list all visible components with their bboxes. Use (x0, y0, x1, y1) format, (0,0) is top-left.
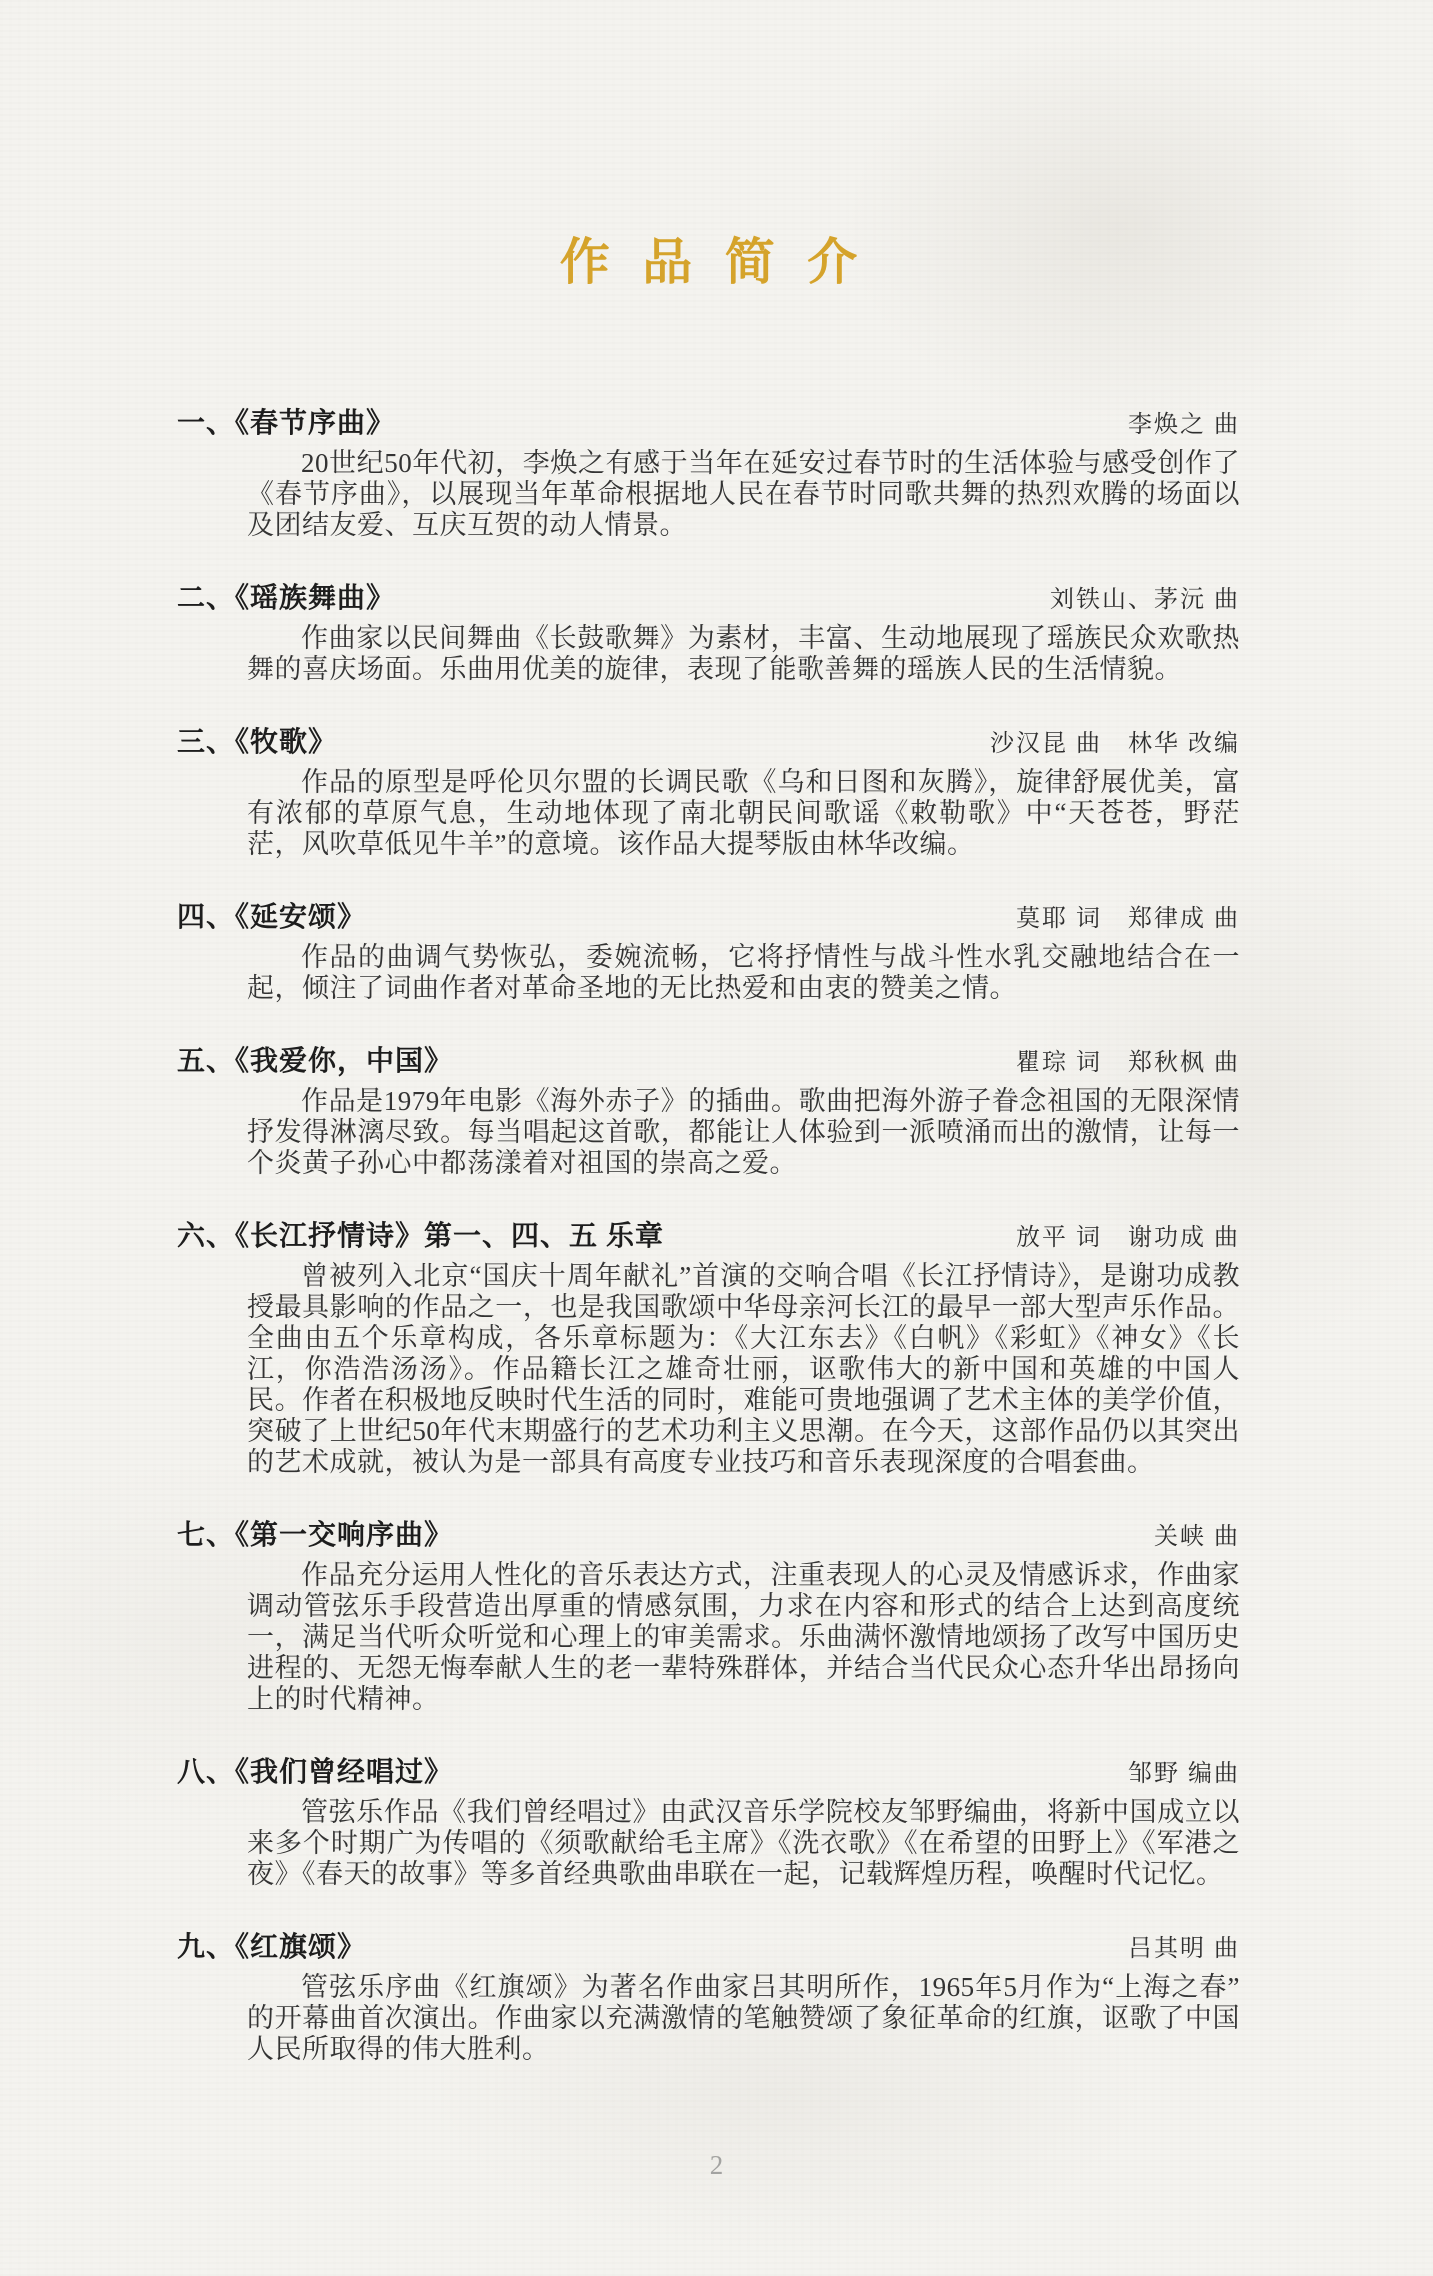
work-section: 九、《红旗颂》 吕其明 曲 管弦乐序曲《红旗颂》为著名作曲家吕其明所作，1965… (177, 1928, 1240, 2065)
work-section: 五、《我爱你，中国》 瞿琮 词 郑秋枫 曲 作品是1979年电影《海外赤子》的插… (177, 1042, 1240, 1179)
work-credit: 刘铁山、茅沅 曲 (1050, 579, 1240, 614)
work-description: 作品的原型是呼伦贝尔盟的长调民歌《乌和日图和灰腾》，旋律舒展优美，富有浓郁的草原… (247, 767, 1240, 860)
work-credit: 关峡 曲 (1154, 1516, 1240, 1551)
work-section: 八、《我们曾经唱过》 邹野 编曲 管弦乐作品《我们曾经唱过》由武汉音乐学院校友邹… (177, 1753, 1240, 1890)
work-credit: 放平 词 谢功成 曲 (1016, 1217, 1240, 1252)
work-heading-row: 八、《我们曾经唱过》 邹野 编曲 (177, 1753, 1240, 1791)
work-title: 三、《牧歌》 (177, 724, 337, 761)
work-section: 六、《长江抒情诗》第一、四、五 乐章 放平 词 谢功成 曲 曾被列入北京“国庆十… (177, 1217, 1240, 1478)
work-heading-row: 九、《红旗颂》 吕其明 曲 (177, 1928, 1240, 1966)
work-description: 作品是1979年电影《海外赤子》的插曲。歌曲把海外游子眷念祖国的无限深情抒发得淋… (247, 1086, 1240, 1179)
work-credit: 莫耶 词 郑律成 曲 (1016, 898, 1240, 933)
work-heading-row: 一、《春节序曲》 李焕之 曲 (177, 404, 1240, 442)
work-section: 一、《春节序曲》 李焕之 曲 20世纪50年代初，李焕之有感于当年在延安过春节时… (177, 404, 1240, 541)
work-description: 曾被列入北京“国庆十周年献礼”首演的交响合唱《长江抒情诗》，是谢功成教授最具影响… (247, 1261, 1240, 1478)
work-credit: 吕其明 曲 (1128, 1928, 1240, 1963)
work-heading-row: 四、《延安颂》 莫耶 词 郑律成 曲 (177, 898, 1240, 936)
work-title: 四、《延安颂》 (177, 899, 366, 936)
work-title: 一、《春节序曲》 (177, 405, 395, 442)
work-credit: 沙汉昆 曲 林华 改编 (990, 723, 1240, 758)
work-description: 20世纪50年代初，李焕之有感于当年在延安过春节时的生活体验与感受创作了《春节序… (247, 448, 1240, 541)
work-heading-row: 五、《我爱你，中国》 瞿琮 词 郑秋枫 曲 (177, 1042, 1240, 1080)
page-content: 作 品 简 介 一、《春节序曲》 李焕之 曲 20世纪50年代初，李焕之有感于当… (177, 0, 1240, 2103)
work-section: 四、《延安颂》 莫耶 词 郑律成 曲 作品的曲调气势恢弘，委婉流畅，它将抒情性与… (177, 898, 1240, 1004)
work-heading-row: 二、《瑶族舞曲》 刘铁山、茅沅 曲 (177, 579, 1240, 617)
work-heading-row: 七、《第一交响序曲》 关峡 曲 (177, 1516, 1240, 1554)
document-page: { "page": { "title": "作 品 简 介", "page_nu… (0, 0, 1433, 2276)
work-description: 作品的曲调气势恢弘，委婉流畅，它将抒情性与战斗性水乳交融地结合在一起，倾注了词曲… (247, 942, 1240, 1004)
work-credit: 邹野 编曲 (1128, 1753, 1240, 1788)
work-description: 管弦乐作品《我们曾经唱过》由武汉音乐学院校友邹野编曲，将新中国成立以来多个时期广… (247, 1797, 1240, 1890)
works-list: 一、《春节序曲》 李焕之 曲 20世纪50年代初，李焕之有感于当年在延安过春节时… (177, 404, 1240, 2065)
work-title: 八、《我们曾经唱过》 (177, 1754, 453, 1791)
work-credit: 瞿琮 词 郑秋枫 曲 (1016, 1042, 1240, 1077)
work-heading-row: 三、《牧歌》 沙汉昆 曲 林华 改编 (177, 723, 1240, 761)
page-title: 作 品 简 介 (177, 232, 1240, 292)
work-description: 作曲家以民间舞曲《长鼓歌舞》为素材，丰富、生动地展现了瑶族民众欢歌热舞的喜庆场面… (247, 623, 1240, 685)
work-section: 三、《牧歌》 沙汉昆 曲 林华 改编 作品的原型是呼伦贝尔盟的长调民歌《乌和日图… (177, 723, 1240, 860)
work-title: 六、《长江抒情诗》第一、四、五 乐章 (177, 1218, 664, 1255)
work-credit: 李焕之 曲 (1128, 404, 1240, 439)
work-title: 九、《红旗颂》 (177, 1929, 366, 1966)
work-description: 管弦乐序曲《红旗颂》为著名作曲家吕其明所作，1965年5月作为“上海之春”的开幕… (247, 1972, 1240, 2065)
work-section: 七、《第一交响序曲》 关峡 曲 作品充分运用人性化的音乐表达方式，注重表现人的心… (177, 1516, 1240, 1715)
work-heading-row: 六、《长江抒情诗》第一、四、五 乐章 放平 词 谢功成 曲 (177, 1217, 1240, 1255)
work-title: 五、《我爱你，中国》 (177, 1043, 453, 1080)
work-title: 七、《第一交响序曲》 (177, 1517, 453, 1554)
work-title: 二、《瑶族舞曲》 (177, 580, 395, 617)
work-section: 二、《瑶族舞曲》 刘铁山、茅沅 曲 作曲家以民间舞曲《长鼓歌舞》为素材，丰富、生… (177, 579, 1240, 685)
page-number: 2 (0, 2150, 1433, 2181)
work-description: 作品充分运用人性化的音乐表达方式，注重表现人的心灵及情感诉求，作曲家调动管弦乐手… (247, 1560, 1240, 1715)
